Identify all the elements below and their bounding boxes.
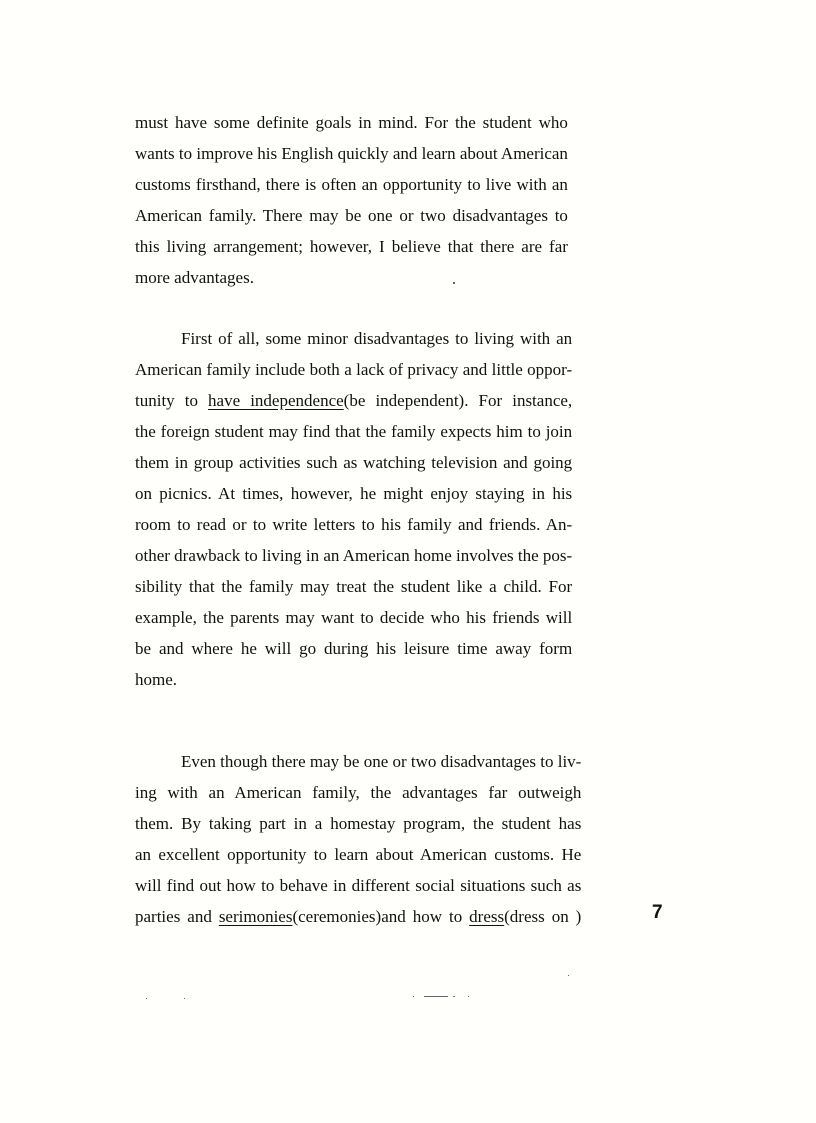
text-line: wants to improve his English quickly and… <box>135 138 568 169</box>
text-line: room to read or to write letters to his … <box>135 509 572 540</box>
text-line: them. By taking part in a homestay progr… <box>135 808 581 839</box>
text-line: tunity to have independence(be independe… <box>135 385 572 416</box>
scan-artifact <box>568 975 569 976</box>
text-line: home. <box>135 664 572 695</box>
text-line: on picnics. At times, however, he might … <box>135 478 572 509</box>
text-line: more advantages. <box>135 262 568 293</box>
underlined-correction: serimonies <box>219 907 293 926</box>
paragraph-1: must have some definite goals in mind. F… <box>135 107 568 293</box>
scan-artifact <box>453 282 455 284</box>
text-line: be and where he will go during his leisu… <box>135 633 572 664</box>
text-segment: (be independent). For instance, <box>344 391 573 410</box>
text-line: parties and serimonies(ceremonies)and ho… <box>135 901 581 932</box>
text-line: sibility that the family may treat the s… <box>135 571 572 602</box>
scan-artifact <box>413 996 414 997</box>
text-line: First of all, some minor disadvantages t… <box>135 323 572 354</box>
text-line: them in group activities such as watchin… <box>135 447 572 478</box>
text-segment: (dress on ) <box>504 907 581 926</box>
text-segment: (ceremonies)and how to <box>292 907 469 926</box>
text-line: ing with an American family, the advanta… <box>135 777 581 808</box>
text-line: Even though there may be one or two disa… <box>135 746 581 777</box>
scan-artifact <box>468 996 469 997</box>
paragraph-2: First of all, some minor disadvantages t… <box>135 323 572 695</box>
scan-artifact <box>146 998 147 999</box>
text-line: other drawback to living in an American … <box>135 540 572 571</box>
text-line: the foreign student may find that the fa… <box>135 416 572 447</box>
underlined-correction: have independence <box>208 391 344 410</box>
text-segment: parties and <box>135 907 219 926</box>
underlined-correction: dress <box>469 907 504 926</box>
scan-artifact <box>424 996 448 997</box>
paragraph-3: Even though there may be one or two disa… <box>135 746 581 932</box>
text-line: must have some definite goals in mind. F… <box>135 107 568 138</box>
text-line: an excellent opportunity to learn about … <box>135 839 581 870</box>
scan-artifact <box>184 998 185 999</box>
text-line: customs firsthand, there is often an opp… <box>135 169 568 200</box>
text-line: this living arrangement; however, I beli… <box>135 231 568 262</box>
text-line: example, the parents may want to decide … <box>135 602 572 633</box>
text-segment: tunity to <box>135 391 208 410</box>
scan-artifact <box>453 996 455 997</box>
text-line: American family include both a lack of p… <box>135 354 572 385</box>
page-number: 7 <box>652 902 663 924</box>
text-line: will find out how to behave in different… <box>135 870 581 901</box>
text-line: American family. There may be one or two… <box>135 200 568 231</box>
